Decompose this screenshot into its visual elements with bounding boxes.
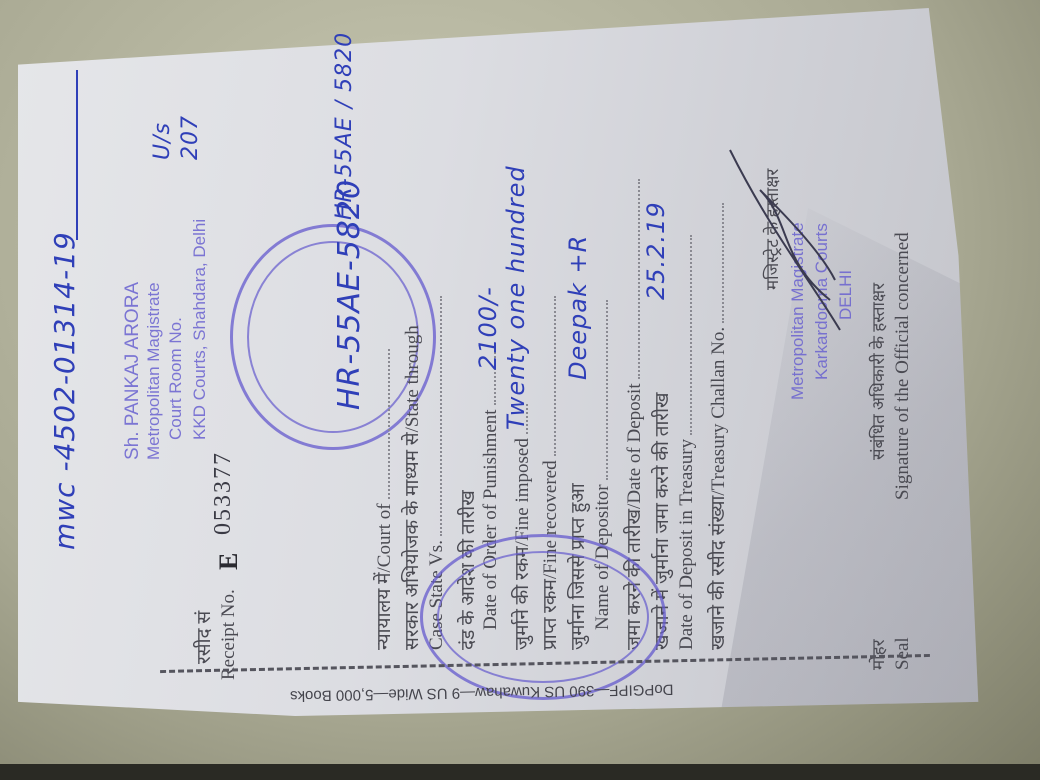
official-signature-label: Signature of the Official concerned — [892, 232, 914, 500]
field-state-through: सरकार अभियोजक के माध्यम से/State through — [398, 325, 424, 650]
field-fine-imposed-value: Twenty one hundred — [502, 165, 530, 430]
table-edge — [0, 764, 1040, 780]
handwritten-reference: mwc -4502-01314-19 — [48, 231, 81, 550]
field-date-deposit-treasury: Date of Deposit in Treasury — [676, 235, 698, 650]
officer-stamp-court: KKD Courts, Shahdara, Delhi — [190, 219, 210, 440]
reference-underline — [76, 70, 78, 240]
official-signature-label-hindi: संबंधित अधिकारी के हस्ताक्षर — [866, 283, 889, 460]
officer-stamp-title: Metropolitan Magistrate — [144, 282, 164, 460]
officer-stamp-name: Sh. PANKAJ ARORA — [122, 282, 144, 460]
receipt-label-hindi: रसीद सं — [190, 611, 216, 664]
field-fine-amount-value: 2100/- — [474, 286, 502, 370]
field-treasury-date-value: 25.2.19 — [642, 201, 670, 300]
magistrate-signature — [720, 140, 860, 340]
field-court-of: न्यायालय में/Court of — [370, 349, 396, 650]
case-number-alt: HR-55AE / 5820 — [332, 32, 357, 220]
officer-stamp-room: Court Room No. — [166, 317, 186, 440]
lower-round-seal — [420, 534, 666, 700]
section-label: U/s — [150, 122, 175, 160]
receipt-prefix: E — [214, 553, 244, 570]
field-depositor-value: Deepak +R — [564, 235, 592, 380]
receipt-number: 053377 — [210, 451, 237, 535]
receipt-label: Receipt No. — [218, 589, 240, 680]
section-value: 207 — [178, 115, 203, 160]
